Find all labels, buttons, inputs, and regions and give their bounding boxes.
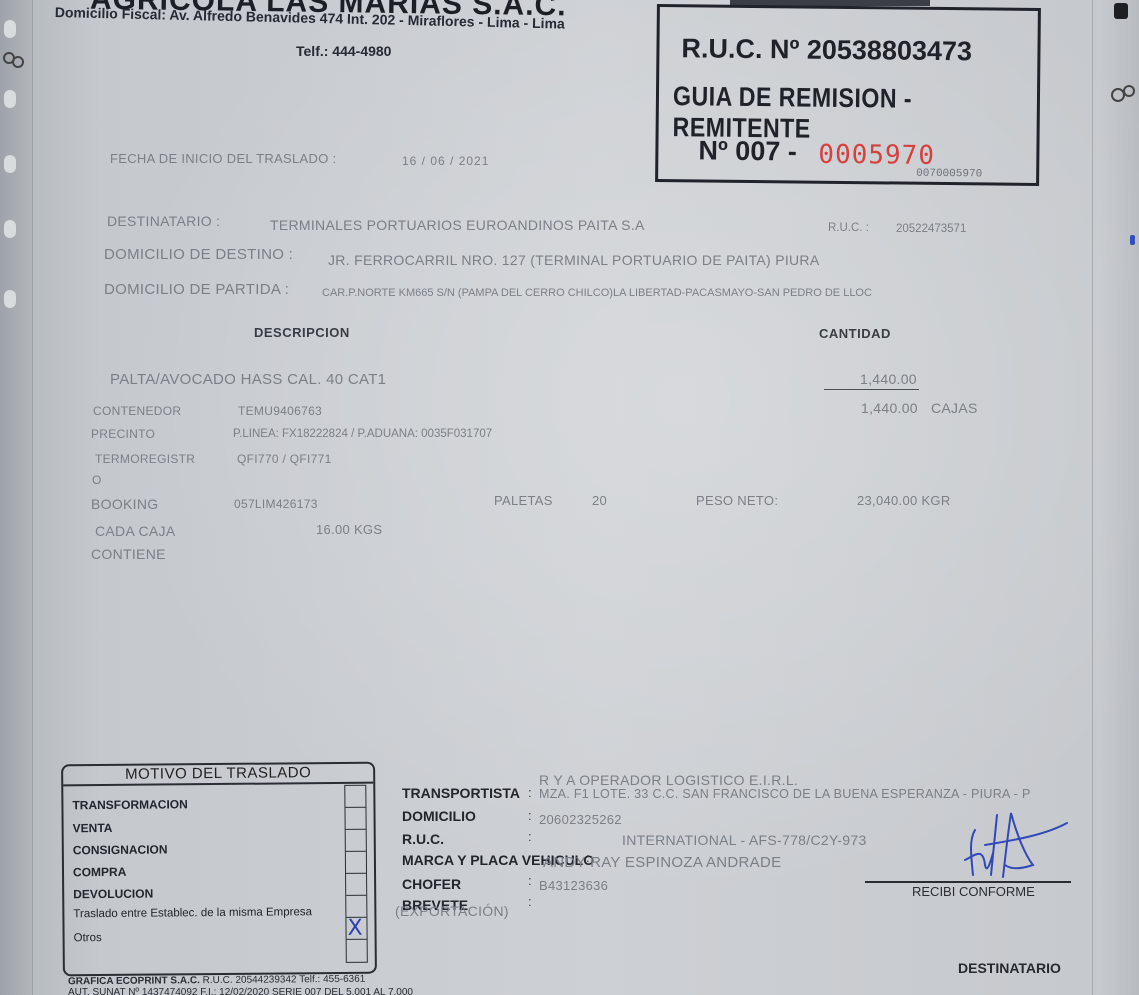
ecoprint-logo-icon bbox=[1123, 85, 1135, 97]
printer-authorization: AUT. SUNAT Nº 1437474092 F.I.: 12/02/202… bbox=[68, 987, 413, 995]
motivo-option-label: CONSIGNACION bbox=[73, 842, 168, 857]
paletas-label: PALETAS bbox=[494, 493, 553, 508]
perforation-line-right bbox=[1092, 0, 1093, 995]
motivo-option-label: Otros bbox=[74, 932, 102, 944]
ecoprint-logo-icon bbox=[12, 56, 24, 68]
checkbox-traslado-establecimientos[interactable] bbox=[346, 896, 366, 918]
precinto-value: P.LINEA: FX18222824 / P.ADUANA: 0035F031… bbox=[233, 428, 492, 440]
document-serie: Nº 007 - bbox=[698, 135, 797, 167]
chofer-label: CHOFER bbox=[402, 876, 461, 892]
perforated-margin-left bbox=[0, 0, 33, 995]
motivo-option-label: VENTA bbox=[73, 821, 113, 835]
booking-value: 057LIM426173 bbox=[234, 497, 318, 511]
booking-label: BOOKING bbox=[91, 496, 158, 512]
domicilio-partida-label: DOMICILIO DE PARTIDA : bbox=[104, 281, 289, 298]
document-correlative-printed: 0070005970 bbox=[916, 168, 982, 181]
motivo-option-label: COMPRA bbox=[73, 865, 126, 879]
colon: : bbox=[528, 873, 532, 888]
destinatario-label: DESTINATARIO : bbox=[107, 213, 220, 229]
contenedor-value: TEMU9406763 bbox=[238, 404, 322, 418]
motivo-option-label: DEVOLUCION bbox=[73, 887, 153, 902]
printer-name: GRAFICA ECOPRINT S.A.C. bbox=[68, 975, 200, 987]
contenedor-label: CONTENEDOR bbox=[93, 404, 181, 418]
colon: : bbox=[528, 785, 532, 800]
checkbox-blank[interactable] bbox=[347, 940, 367, 962]
ruc-number: R.U.C. Nº 20538803473 bbox=[681, 33, 972, 67]
precinto-label: PRECINTO bbox=[91, 427, 155, 441]
checkbox-consignacion[interactable] bbox=[346, 830, 366, 852]
termoregistro-label: TERMOREGISTR bbox=[95, 452, 195, 466]
cada-caja-label: CADA CAJA bbox=[95, 523, 176, 539]
destinatario-ruc-value: 20522473571 bbox=[896, 223, 966, 235]
perforation-hole bbox=[4, 220, 16, 238]
motivo-option-label: Traslado entre Establec. de la misma Emp… bbox=[73, 906, 312, 920]
motivo-title: MOTIVO DEL TRASLADO bbox=[63, 764, 373, 787]
exportacion-note: (EXPORTACIÓN) bbox=[395, 903, 509, 919]
motivo-traslado-box: MOTIVO DEL TRASLADO TRANSFORMACION VENTA… bbox=[61, 762, 377, 977]
printer-ruc: R.U.C. 20544239342 Telf.: 455-6361 bbox=[203, 974, 366, 986]
domicilio-label: DOMICILIO bbox=[402, 808, 476, 824]
item-description: PALTA/AVOCADO HASS CAL. 40 CAT1 bbox=[110, 371, 386, 388]
destinatario-ruc-label: R.U.C. : bbox=[828, 222, 869, 234]
copy-label: DESTINATARIO bbox=[958, 960, 1061, 976]
binder-hole-icon bbox=[1114, 3, 1128, 19]
total-quantity: 1,440.00 bbox=[861, 400, 918, 416]
colon: : bbox=[528, 808, 532, 823]
checkbox-compra[interactable] bbox=[346, 852, 366, 874]
domicilio-partida-value: CAR.P.NORTE KM665 S/N (PAMPA DEL CERRO C… bbox=[322, 287, 872, 299]
ruc-label: R.U.C. bbox=[402, 831, 444, 847]
perforation-hole bbox=[4, 20, 16, 38]
destinatario-value: TERMINALES PORTUARIOS EUROANDINOS PAITA … bbox=[270, 217, 645, 233]
termoregistro-label-cont: O bbox=[92, 473, 102, 487]
col-cantidad: CANTIDAD bbox=[819, 326, 891, 341]
fecha-value: 16 / 06 / 2021 bbox=[402, 154, 489, 168]
checkbox-devolucion[interactable] bbox=[346, 874, 366, 896]
ruc-box: R.U.C. Nº 20538803473 GUIA DE REMISION -… bbox=[655, 4, 1041, 186]
ink-mark bbox=[1130, 235, 1135, 245]
perforation-hole bbox=[4, 155, 16, 173]
checkbox-venta[interactable] bbox=[345, 808, 365, 830]
check-x-icon: X bbox=[347, 918, 362, 940]
peso-neto-label: PESO NETO: bbox=[696, 493, 778, 508]
checkbox-otros[interactable]: X bbox=[346, 918, 366, 940]
perforation-hole bbox=[4, 90, 16, 108]
guia-remision-document: AGRICOLA LAS MARÍAS S.A.C. Domicilio Fis… bbox=[0, 0, 1139, 995]
domicilio-destino-label: DOMICILIO DE DESTINO : bbox=[104, 246, 293, 263]
peso-neto-value: 23,040.00 KGR bbox=[857, 493, 951, 508]
quantity-underline bbox=[824, 389, 919, 390]
transportista-label: TRANSPORTISTA bbox=[402, 785, 520, 801]
recibi-conforme-label: RECIBI CONFORME bbox=[912, 884, 1035, 899]
ruc-value: 20602325262 bbox=[539, 812, 622, 827]
company-phone: Telf.: 444-4980 bbox=[296, 43, 391, 59]
colon: : bbox=[528, 829, 532, 844]
cada-caja-label-cont: CONTIENE bbox=[91, 546, 166, 562]
motivo-option-label: TRANSFORMACION bbox=[72, 797, 187, 812]
paletas-value: 20 bbox=[592, 493, 607, 508]
cada-caja-value: 16.00 KGS bbox=[316, 522, 382, 537]
checkbox-transformacion[interactable] bbox=[345, 786, 365, 808]
signature-line bbox=[865, 881, 1071, 883]
brevete-value: B43123636 bbox=[539, 878, 608, 893]
document-correlative: 0005970 bbox=[818, 140, 935, 171]
chofer-value: ANDY RAY ESPINOZA ANDRADE bbox=[543, 854, 781, 871]
fecha-label: FECHA DE INICIO DEL TRASLADO : bbox=[110, 151, 336, 166]
motivo-checkbox-column: X bbox=[344, 785, 368, 963]
transportista-value: R Y A OPERADOR LOGISTICO E.I.R.L. bbox=[539, 772, 798, 788]
colon: : bbox=[528, 894, 532, 909]
perforation-hole bbox=[4, 290, 16, 308]
signature-icon bbox=[955, 805, 1075, 885]
marca-placa-value: INTERNATIONAL - AFS-778/C2Y-973 bbox=[622, 832, 867, 848]
printer-info: GRAFICA ECOPRINT S.A.C. R.U.C. 205442393… bbox=[68, 974, 365, 988]
termoregistro-value: QFI770 / QFI771 bbox=[237, 452, 332, 466]
col-descripcion: DESCRIPCION bbox=[254, 325, 350, 340]
domicilio-value: MZA. F1 LOTE. 33 C.C. SAN FRANCISCO DE L… bbox=[539, 787, 1031, 801]
total-unit: CAJAS bbox=[931, 400, 978, 416]
item-quantity: 1,440.00 bbox=[860, 371, 917, 387]
domicilio-destino-value: JR. FERROCARRIL NRO. 127 (TERMINAL PORTU… bbox=[328, 252, 819, 268]
